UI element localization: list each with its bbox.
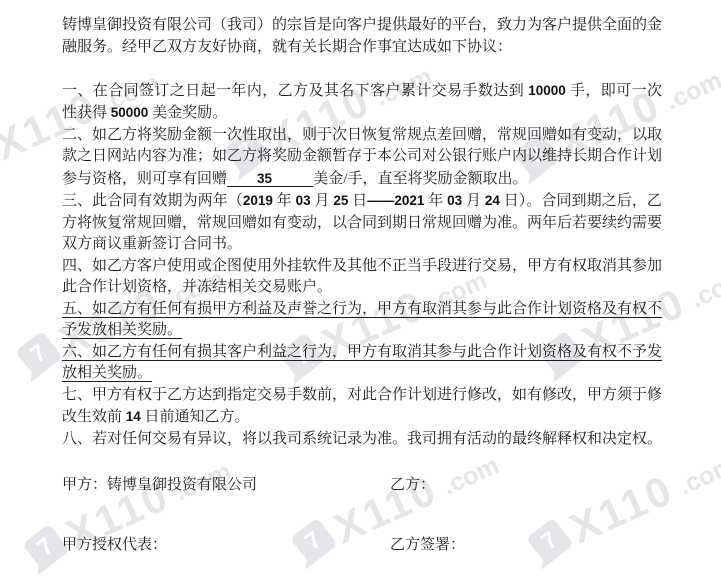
clause-7: 七、甲方有权于乙方达到指定交易手数前，对此合作计划进行修改，如有修改，甲方须于修…	[62, 385, 662, 429]
party-a-label: 甲方：铸博皇御投资有限公司	[62, 475, 390, 497]
contract-page: 7X110.com7X110.com7X110.com7X110.com7X11…	[0, 0, 721, 584]
text-segment	[272, 171, 313, 187]
text-segment: 八、若对任何交易有异议，将以我司系统记录为准。我司拥有活动的最终解释权和决定权。	[62, 431, 662, 447]
clause-5: 五、如乙方有任何有损甲方利益及声誉之行为，甲方有取消其参与此合作计划资格及有权不…	[62, 299, 662, 342]
party-a-representative-label: 甲方授权代表：	[62, 535, 390, 557]
text-segment: 六、如乙方有任何有损其客户利益之行为，甲方有取消其参与此合作计划资格及有权不予发…	[62, 344, 662, 382]
text-segment: 25	[333, 193, 348, 208]
text-segment: 14	[126, 409, 141, 424]
text-segment: 五、如乙方有任何有损甲方利益及声誉之行为，甲方有取消其参与此合作计划资格及有权不…	[62, 301, 662, 339]
clause-2: 二、如乙方将奖励金额一次性取出，则于次日恢复常规点差回赠，常规回赠如有变动，以取…	[62, 125, 662, 191]
signature-row-representatives: 甲方授权代表： 乙方签署：	[62, 535, 662, 557]
clause-1: 一、在合同签订之日起一年内，乙方及其名下客户累计交易手数达到 10000 手，即…	[62, 80, 662, 125]
text-segment: 年	[424, 193, 447, 209]
rebate-amount-value: 35	[257, 171, 272, 186]
party-b-label: 乙方：	[390, 475, 662, 497]
clause-6: 六、如乙方有任何有损其客户利益之行为，甲方有取消其参与此合作计划资格及有权不予发…	[62, 342, 662, 385]
text-segment: 一、在合同签订之日起一年内，乙方及其名下客户累计交易手数达到	[62, 83, 528, 99]
clause-3: 三、此合同有效期为两年（2019 年 03 月 25 日——2021 年 03 …	[62, 190, 662, 256]
text-segment: 2019	[243, 193, 273, 208]
text-segment: 24	[485, 193, 500, 208]
text-segment: 日前通知乙方。	[141, 409, 250, 425]
text-segment: 日	[348, 193, 367, 209]
party-b-signature-label: 乙方签署：	[390, 535, 662, 557]
contract-paragraphs: 铸博皇御投资有限公司（我司）的宗旨是向客户提供最好的平台，致力为客户提供全面的金…	[62, 15, 662, 450]
contract-content: 铸博皇御投资有限公司（我司）的宗旨是向客户提供最好的平台，致力为客户提供全面的金…	[0, 0, 721, 556]
signature-row-parties: 甲方：铸博皇御投资有限公司 乙方：	[62, 475, 662, 497]
clause-4: 四、如乙方客户使用或企图使用外挂软件及其他不正当手段进行交易，甲方有权取消其参加…	[62, 256, 662, 299]
text-segment	[227, 171, 257, 187]
text-segment: 03	[447, 193, 462, 208]
text-segment: 2021	[394, 193, 424, 208]
text-segment: 年	[273, 193, 296, 209]
text-segment: 美金奖励。	[148, 105, 227, 121]
text-segment: 美金/手，直至将奖励金额取出。	[313, 171, 527, 187]
text-segment: 10000	[528, 83, 566, 98]
text-segment: 三、此合同有效期为两年（	[62, 193, 243, 209]
text-segment: 03	[296, 193, 311, 208]
text-segment: 铸博皇御投资有限公司（我司）的宗旨是向客户提供最好的平台，致力为客户提供全面的金…	[62, 17, 662, 55]
text-segment: 四、如乙方客户使用或企图使用外挂软件及其他不正当手段进行交易，甲方有权取消其参加…	[62, 258, 662, 296]
clause-8: 八、若对任何交易有异议，将以我司系统记录为准。我司拥有活动的最终解释权和决定权。	[62, 429, 662, 451]
text-segment: 月	[462, 193, 485, 209]
text-segment: ——	[367, 193, 394, 208]
intro: 铸博皇御投资有限公司（我司）的宗旨是向客户提供最好的平台，致力为客户提供全面的金…	[62, 15, 662, 58]
text-segment: 月	[311, 193, 334, 209]
text-segment: 50000	[111, 105, 149, 120]
